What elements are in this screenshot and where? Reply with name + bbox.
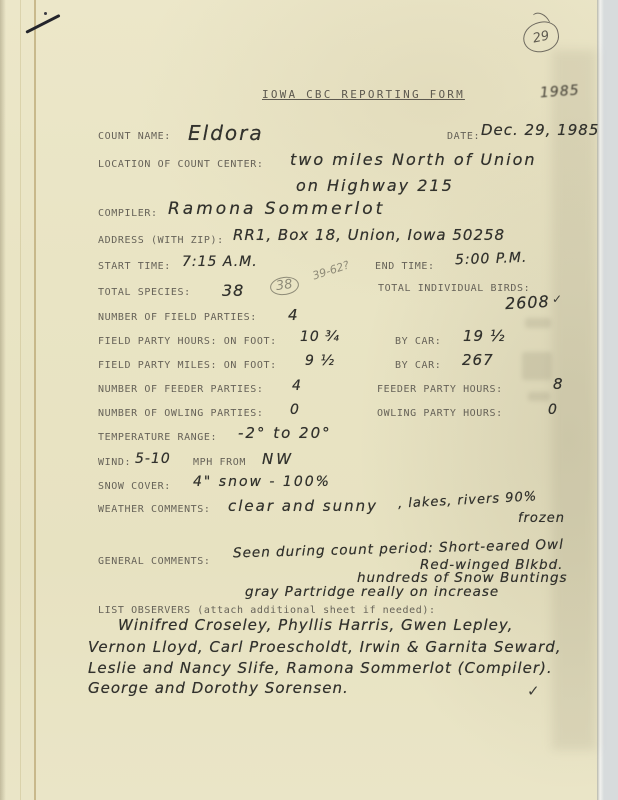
address-label: ADDRESS (WITH ZIP): (98, 235, 224, 246)
paper-fold-line-faint (20, 0, 21, 800)
snow-cover-label: SNOW COVER: (98, 481, 171, 492)
species-pencil-note: 39-62? (311, 258, 351, 282)
location-value-line2: on Highway 215 (296, 176, 454, 195)
temperature-label: TEMPERATURE RANGE: (98, 432, 217, 443)
party-miles-by-car-label: BY CAR: (395, 360, 441, 371)
count-name-label: COUNT NAME: (98, 131, 171, 142)
party-hours-by-car: 19 ½ (463, 327, 505, 345)
start-time-value: 7:15 A.M. (182, 254, 258, 270)
observers-checkmark: ✓ (527, 682, 540, 700)
paper-fold-line (34, 0, 36, 800)
compiler-label: COMPILER: (98, 208, 158, 219)
pen-mark (25, 14, 60, 34)
count-name-value: Eldora (188, 121, 264, 145)
weather-comments-value2: , lakes, rivers 90% (398, 489, 538, 511)
compiler-value: Ramona Sommerlot (168, 199, 385, 219)
party-miles-by-car: 267 (462, 351, 494, 369)
species-circled-number: 38 (269, 275, 300, 297)
field-parties-value: 4 (288, 306, 299, 324)
wind-unit-label: MPH FROM (193, 457, 246, 468)
total-birds-checkmark: ✓ (552, 292, 562, 306)
start-time-label: START TIME: (98, 261, 171, 272)
scanned-form-page: 29 1985 IOWA CBC REPORTING FORM COUNT NA… (0, 0, 618, 800)
party-miles-on-foot: 9 ½ (305, 353, 335, 369)
owling-hours-value: 0 (548, 402, 558, 418)
circle-loop (533, 9, 550, 27)
party-hours-label: FIELD PARTY HOURS: ON FOOT: (98, 336, 277, 347)
observers-line: Vernon Lloyd, Carl Proescholdt, Irwin & … (88, 638, 562, 656)
feeder-parties-value: 4 (292, 378, 302, 394)
date-label: DATE: (447, 131, 480, 142)
scan-background-edge (597, 0, 618, 800)
general-comments-label: GENERAL COMMENTS: (98, 556, 211, 567)
total-species-label: TOTAL SPECIES: (98, 287, 191, 298)
general-comments-line4: gray Partridge really on increase (245, 584, 499, 600)
observers-label: LIST OBSERVERS (attach additional sheet … (98, 605, 436, 616)
total-birds-value: 2608 (505, 292, 551, 313)
paper-left-edge (0, 0, 6, 800)
party-hours-by-car-label: BY CAR: (395, 336, 441, 347)
feeder-hours-value: 8 (553, 375, 564, 393)
observers-line: George and Dorothy Sorensen. (88, 679, 349, 697)
bleedthrough-smudge (522, 352, 552, 380)
wind-speed: 5-10 (135, 451, 171, 467)
bleedthrough-smudge (525, 318, 551, 328)
weather-comments-value1: clear and sunny (228, 497, 378, 515)
observers-line: Winifred Croseley, Phyllis Harris, Gwen … (118, 616, 513, 634)
party-miles-label: FIELD PARTY MILES: ON FOOT: (98, 360, 277, 371)
temperature-value: -2° to 20° (238, 424, 332, 442)
weather-comments-label: WEATHER COMMENTS: (98, 504, 211, 515)
owling-hours-label: OWLING PARTY HOURS: (377, 408, 503, 419)
bleedthrough-smudge (528, 392, 550, 401)
feeder-parties-label: NUMBER OF FEEDER PARTIES: (98, 384, 264, 395)
feeder-hours-label: FEEDER PARTY HOURS: (377, 384, 503, 395)
owling-parties-value: 0 (290, 402, 300, 418)
end-time-value: 5:00 P.M. (455, 250, 528, 269)
location-value-line1: two miles North of Union (290, 150, 537, 169)
snow-cover-value: 4" snow - 100% (193, 474, 331, 490)
total-birds-label: TOTAL INDIVIDUAL BIRDS: (378, 283, 530, 294)
party-hours-on-foot: 10 ¾ (300, 329, 340, 345)
pen-mark-dot (44, 12, 47, 15)
wind-label: WIND: (98, 457, 131, 468)
end-time-label: END TIME: (375, 261, 435, 272)
location-label: LOCATION OF COUNT CENTER: (98, 159, 264, 170)
address-value: RR1, Box 18, Union, Iowa 50258 (233, 226, 505, 244)
date-value: Dec. 29, 1985 (481, 121, 599, 139)
page-number-text: 29 (531, 28, 550, 46)
owling-parties-label: NUMBER OF OWLING PARTIES: (98, 408, 264, 419)
bleedthrough-year: 1985 (539, 83, 580, 102)
total-species-value: 38 (222, 281, 244, 300)
weather-comments-value3: frozen (518, 511, 565, 526)
observers-line: Leslie and Nancy Slife, Ramona Sommerlot… (88, 659, 553, 677)
field-parties-label: NUMBER OF FIELD PARTIES: (98, 312, 257, 323)
wind-direction: NW (262, 450, 294, 468)
form-title: IOWA CBC REPORTING FORM (262, 88, 465, 101)
